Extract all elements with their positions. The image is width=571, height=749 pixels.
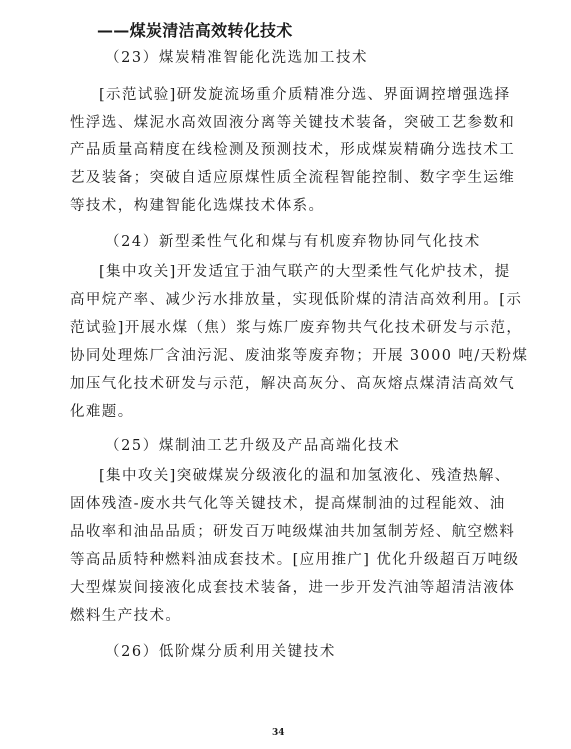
paragraph-line: 固体残渣-废水共气化等关键技术，提高煤制油的过程能效、油	[70, 494, 506, 514]
section-title: ——煤炭清洁高效转化技术	[97, 20, 293, 42]
paragraph-line: 范试验]开展水煤（焦）浆与炼厂废弃物共气化技术研发与示范，	[70, 318, 522, 338]
document-page: ——煤炭清洁高效转化技术 （23）煤炭精准智能化洗选加工技术 [示范试验]研发旋…	[0, 0, 571, 749]
paragraph-line: 协同处理炼厂含油污泥、废油浆等废弃物；开展 3000 吨/天粉煤	[70, 346, 528, 366]
page-number: 34	[272, 727, 285, 739]
item-heading-26: （26）低阶煤分质利用关键技术	[105, 642, 336, 662]
paragraph-line: [示范试验]研发旋流场重介质精准分选、界面调控增强选择	[99, 85, 511, 105]
paragraph-line: 品收率和油品品质；研发百万吨级煤油共加氢制芳烃、航空燃料	[70, 522, 515, 542]
paragraph-line: [集中攻关]突破煤炭分级液化的温和加氢液化、残渣热解、	[99, 466, 511, 486]
paragraph-line: 等技术，构建智能化选煤技术体系。	[70, 196, 324, 216]
item-heading-24: （24）新型柔性气化和煤与有机废弃物协同气化技术	[105, 232, 481, 252]
paragraph-line: 加压气化技术研发与示范，解决高灰分、高灰熔点煤清洁高效气	[70, 374, 515, 394]
paragraph-line: 性浮选、煤泥水高效固液分离等关键技术装备，突破工艺参数和	[70, 113, 515, 133]
item-heading-23: （23）煤炭精准智能化洗选加工技术	[105, 48, 368, 68]
paragraph-line: [集中攻关]开发适宜于油气联产的大型柔性气化炉技术，提	[99, 262, 511, 282]
paragraph-line: 燃料生产技术。	[70, 606, 181, 626]
paragraph-line: 艺及装备；突破自适应原煤性质全流程智能控制、数字孪生运维	[70, 168, 515, 188]
paragraph-line: 等高品质特种燃料油成套技术。[应用推广] 优化升级超百万吨级	[70, 550, 519, 570]
paragraph-line: 化难题。	[70, 402, 134, 422]
paragraph-line: 大型煤炭间接液化成套技术装备，进一步开发汽油等超清洁液体	[70, 578, 515, 598]
paragraph-line: 产品质量高精度在线检测及预测技术，形成煤炭精确分选技术工	[70, 140, 515, 160]
item-heading-25: （25）煤制油工艺升级及产品高端化技术	[105, 436, 400, 456]
paragraph-line: 高甲烷产率、减少污水排放量，实现低阶煤的清洁高效利用。[示	[70, 290, 522, 310]
